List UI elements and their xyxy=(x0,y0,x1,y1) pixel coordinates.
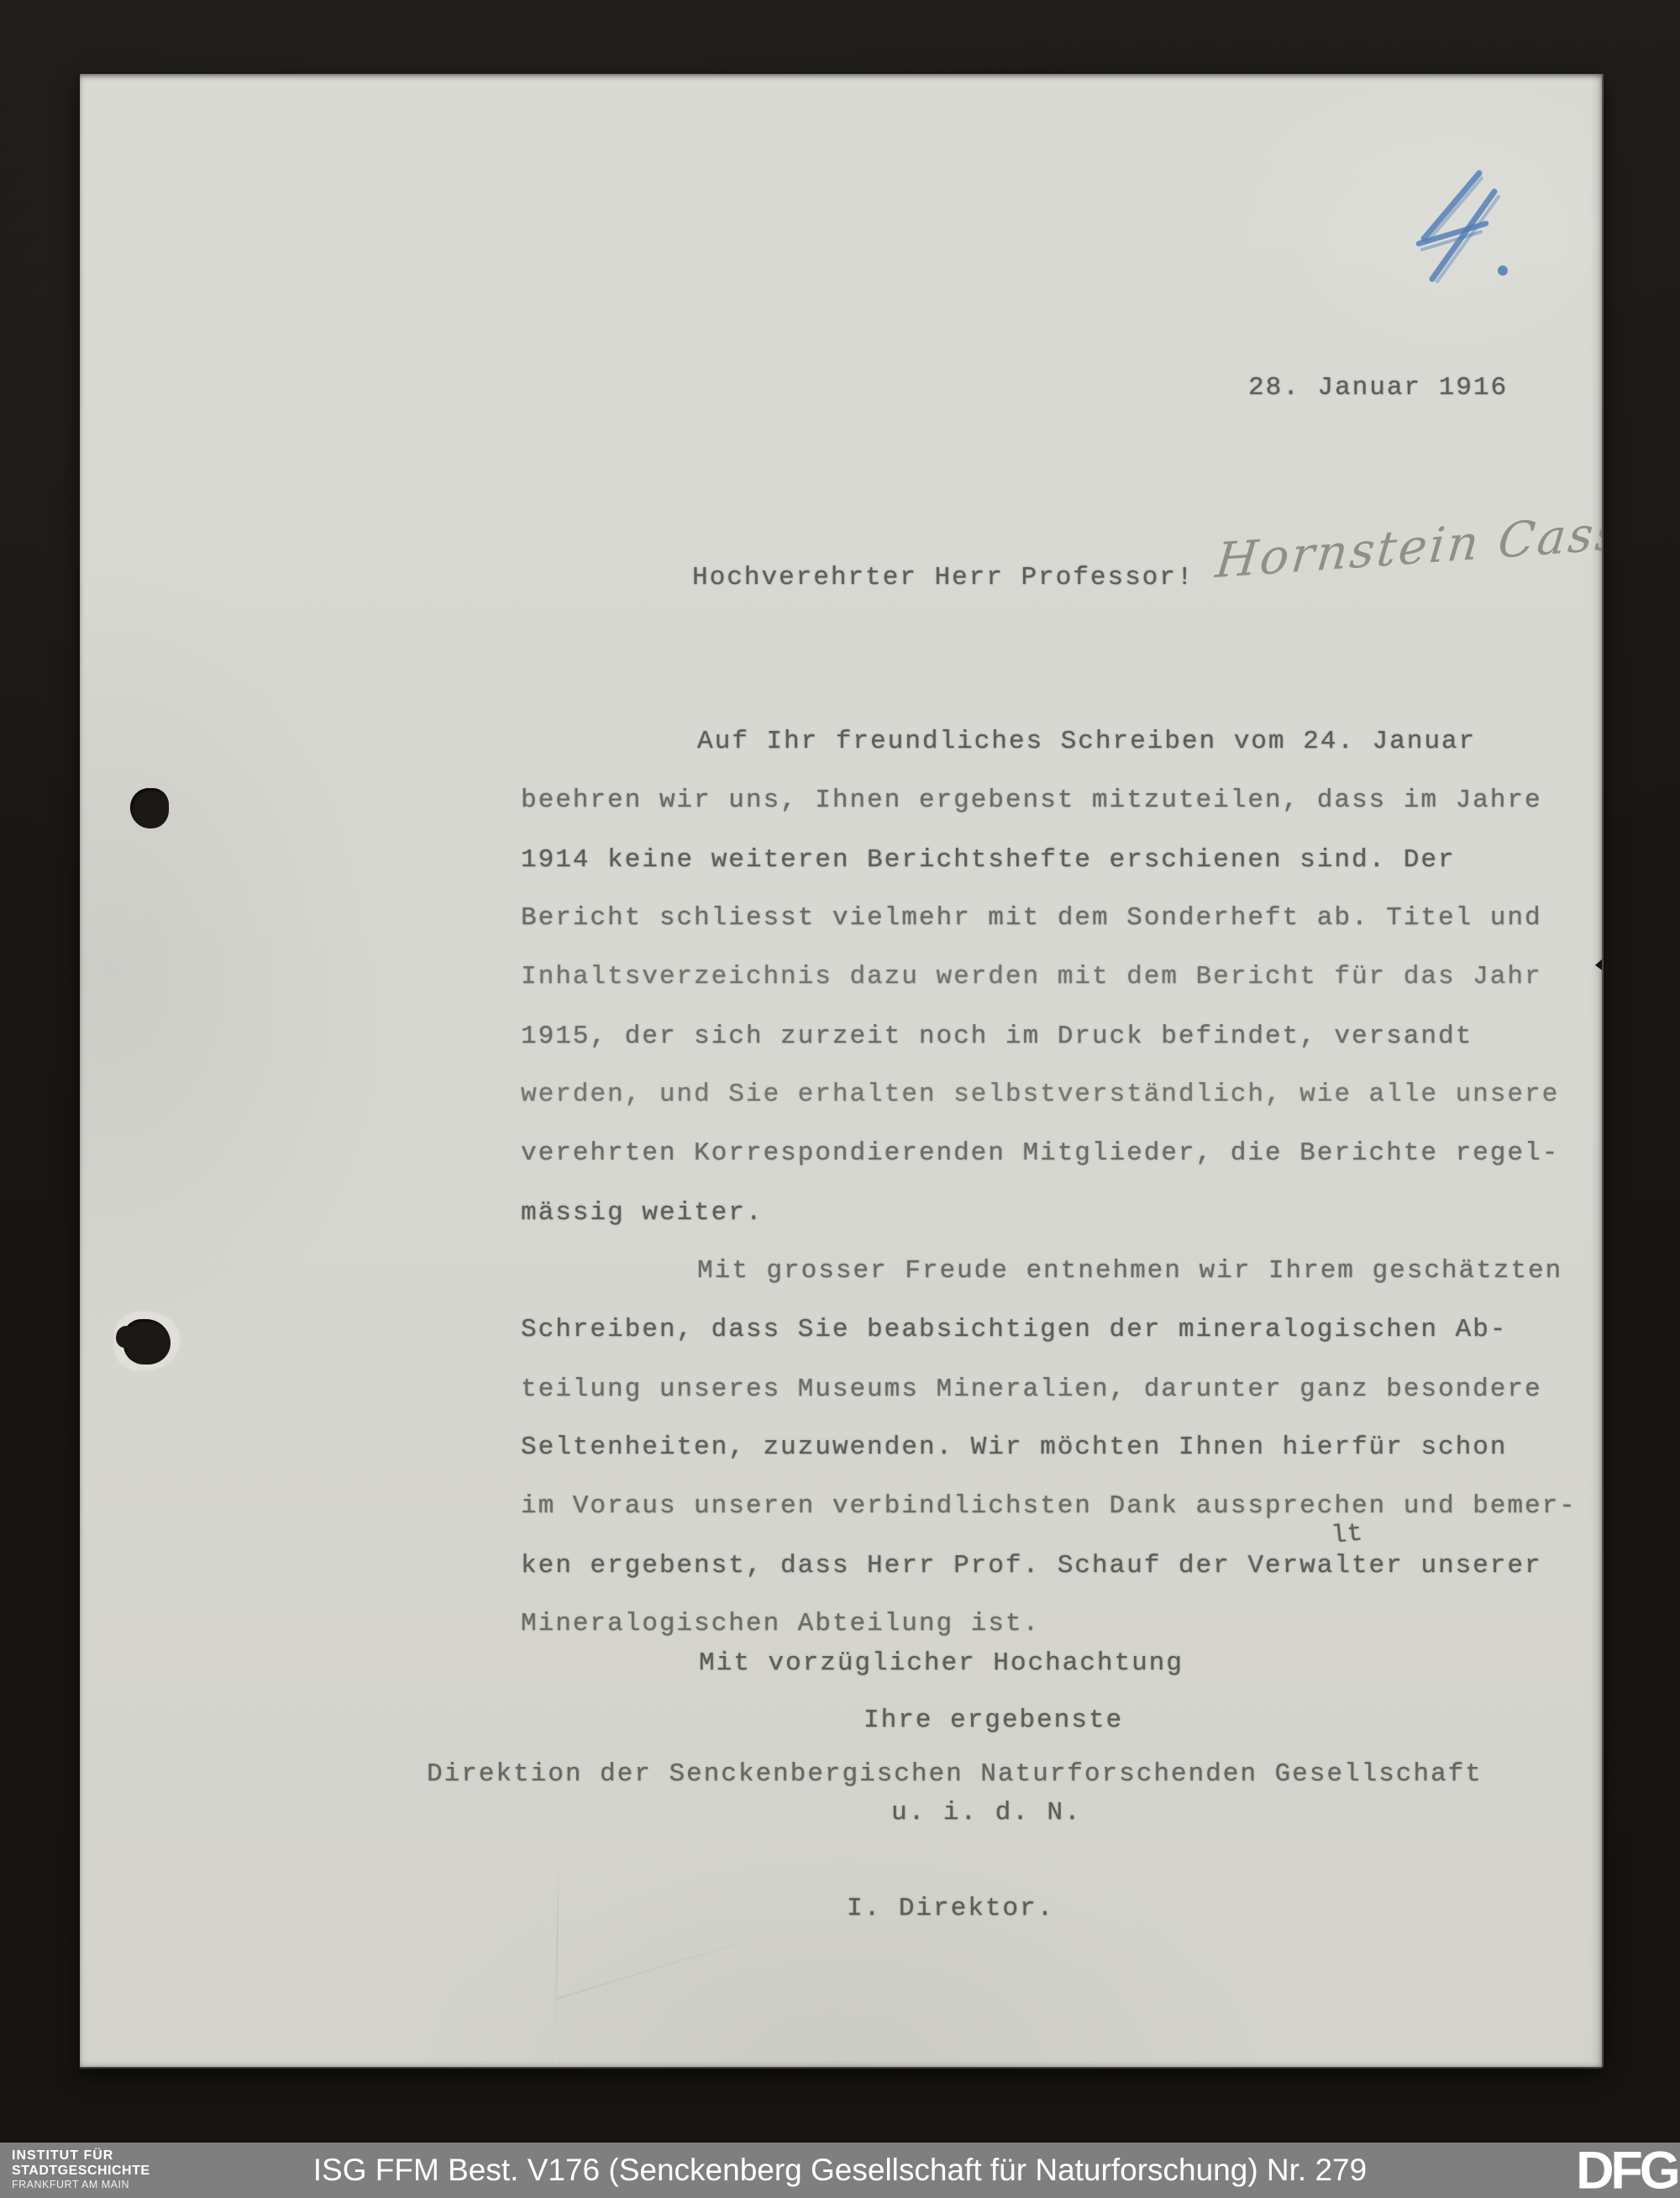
body-line: Schreiben, dass Sie beabsichtigen der mi… xyxy=(521,1301,1602,1359)
archive-reference: ISG FFM Best. V176 (Senckenberg Gesellsc… xyxy=(313,2153,1367,2188)
letter-date: 28. Januar 1916 xyxy=(1248,373,1508,402)
body-line: mässig weiter. xyxy=(521,1184,1602,1243)
letter-body: Auf Ihr freundliches Schreiben vom 24. J… xyxy=(521,713,1602,1654)
body-line: teilung unseres Museums Mineralien, daru… xyxy=(521,1360,1602,1419)
institution-logo-line3: FRANKFURT AM MAIN xyxy=(12,2180,150,2190)
closing-direktion: Direktion der Senckenbergischen Naturfor… xyxy=(427,1759,1483,1789)
body-line: 1914 keine weiteren Berichtshefte erschi… xyxy=(521,831,1602,890)
body-line: Mineralogischen Abteilung ist. xyxy=(521,1595,1602,1654)
body-line: beehren wir uns, Ihnen ergebenst mitzute… xyxy=(521,771,1602,830)
body-line: verehrten Korrespondierenden Mitglieder,… xyxy=(521,1124,1602,1183)
viewer-footer: INSTITUT FÜR STADTGESCHICHTE FRANKFURT A… xyxy=(0,2143,1680,2198)
body-line: Mit grosser Freude entnehmen wir Ihrem g… xyxy=(521,1242,1602,1301)
institut-stadtgeschichte-logo: INSTITUT FÜR STADTGESCHICHTE FRANKFURT A… xyxy=(12,2149,150,2190)
body-line: Bericht schliesst vielmehr mit dem Sonde… xyxy=(521,889,1602,948)
closing-devoted: Ihre ergebenste xyxy=(864,1706,1123,1735)
overtype-correction: lt xyxy=(1330,1519,1364,1551)
body-line: Seltenheiten, zuzuwenden. Wir möchten Ih… xyxy=(521,1418,1602,1477)
body-line: werden, und Sie erhalten selbstverständl… xyxy=(521,1065,1602,1124)
institution-logo-line1: INSTITUT FÜR xyxy=(12,2149,150,2163)
handwritten-recipient-note: Hornstein Cassel xyxy=(1213,502,1602,590)
letter-salutation: Hochverehrter Herr Professor! xyxy=(692,563,1194,592)
body-line: im Voraus unseren verbindlichsten Dank a… xyxy=(521,1477,1602,1536)
body-line: Inhaltsverzeichnis dazu werden mit dem B… xyxy=(521,948,1602,1007)
handwritten-page-number: 4. xyxy=(1405,158,1531,368)
signature-role: I. Direktor. xyxy=(847,1894,1054,1923)
paper-crease-vertical xyxy=(554,1855,559,2067)
scan-background: 4. 28. Januar 1916 Hochverehrter Herr Pr… xyxy=(0,0,1680,2198)
body-line: Auf Ihr freundliches Schreiben vom 24. J… xyxy=(521,713,1602,771)
punch-hole-top xyxy=(130,788,169,828)
body-line: 1915, der sich zurzeit noch im Druck bef… xyxy=(521,1007,1602,1066)
handwritten-4-strokes xyxy=(1405,158,1531,368)
paper-crease-diagonal xyxy=(556,1924,797,2000)
letter-page: 4. 28. Januar 1916 Hochverehrter Herr Pr… xyxy=(80,74,1602,2067)
punch-hole-bottom xyxy=(123,1319,171,1365)
closing-abbreviation: u. i. d. N. xyxy=(891,1798,1082,1827)
dfg-logo: DFG xyxy=(1576,2140,1677,2198)
closing-regards: Mit vorzüglicher Hochachtung xyxy=(699,1648,1184,1678)
institution-logo-line2: STADTGESCHICHTE xyxy=(12,2164,150,2178)
body-line: ken ergebenst, dass Herr Prof. Schauf de… xyxy=(521,1537,1602,1596)
